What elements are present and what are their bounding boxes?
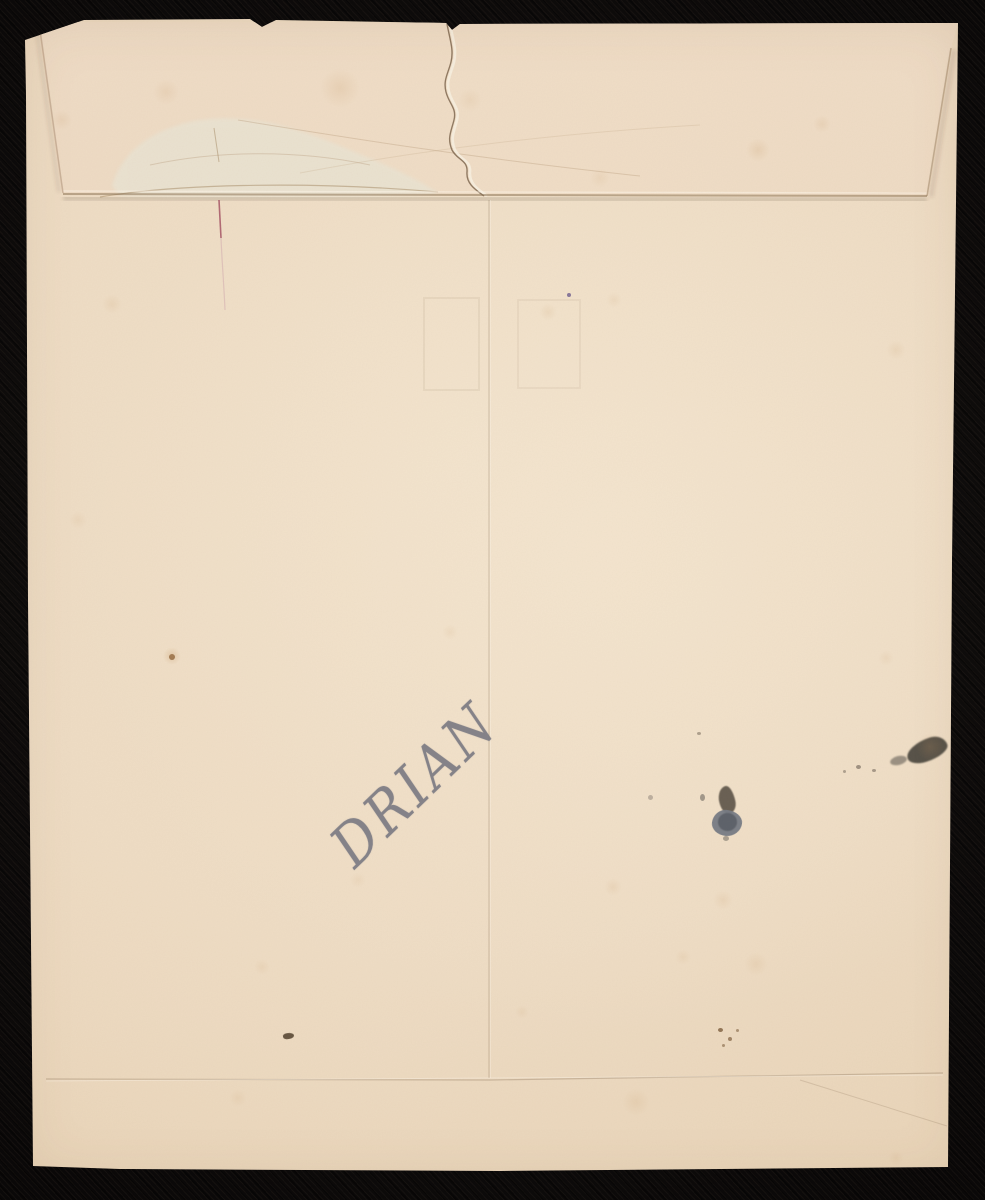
brown-speck <box>728 1037 732 1041</box>
grey-blue-blob <box>711 809 744 838</box>
photograph-of-artwork-verso: DRIAN <box>0 0 985 1200</box>
aged-paper-verso: DRIAN <box>0 0 985 1200</box>
speck <box>648 795 653 800</box>
foxing-spot <box>744 952 768 976</box>
handwritten-pencil-inscription: DRIAN <box>318 690 512 880</box>
foxing-spot <box>713 890 733 910</box>
trail-speck <box>856 765 861 769</box>
purple-dot <box>567 293 571 297</box>
foxing-spot <box>916 733 944 761</box>
trail-speck <box>872 769 876 772</box>
foxing-core <box>169 654 175 660</box>
speck <box>697 732 701 735</box>
edge-smudge-tail <box>889 754 908 767</box>
foxing-spot <box>606 292 622 308</box>
foxing-spot <box>604 878 622 896</box>
corner-fold-line <box>800 1080 947 1126</box>
foxing-spot <box>254 959 270 975</box>
foxing-spot <box>886 340 906 360</box>
bottom-crease <box>46 1073 943 1080</box>
foxing-spot <box>102 294 122 314</box>
dark-smudge-upper <box>716 785 737 816</box>
trail-speck <box>843 770 846 773</box>
foxing-spot <box>539 303 557 321</box>
speck <box>700 794 705 801</box>
foxing-spot <box>69 511 87 529</box>
ink-speck <box>283 1032 295 1040</box>
foxing-spot <box>229 1089 247 1107</box>
foxing-spot <box>163 647 181 665</box>
foxing-spot <box>888 1150 904 1166</box>
foxing-spot <box>878 650 894 666</box>
foxing-spot <box>515 1005 529 1019</box>
grey-blue-core <box>718 813 737 831</box>
envelope-flap <box>0 0 985 1200</box>
speck <box>723 836 729 841</box>
brown-speck <box>736 1029 739 1032</box>
edge-smudge <box>904 733 951 767</box>
foxing-spot <box>622 1088 650 1116</box>
foxing-spot <box>442 624 458 640</box>
brown-speck <box>722 1044 725 1047</box>
red-fiber-mark <box>219 200 221 238</box>
foxing-spot <box>675 949 691 965</box>
brown-speck <box>718 1028 723 1032</box>
